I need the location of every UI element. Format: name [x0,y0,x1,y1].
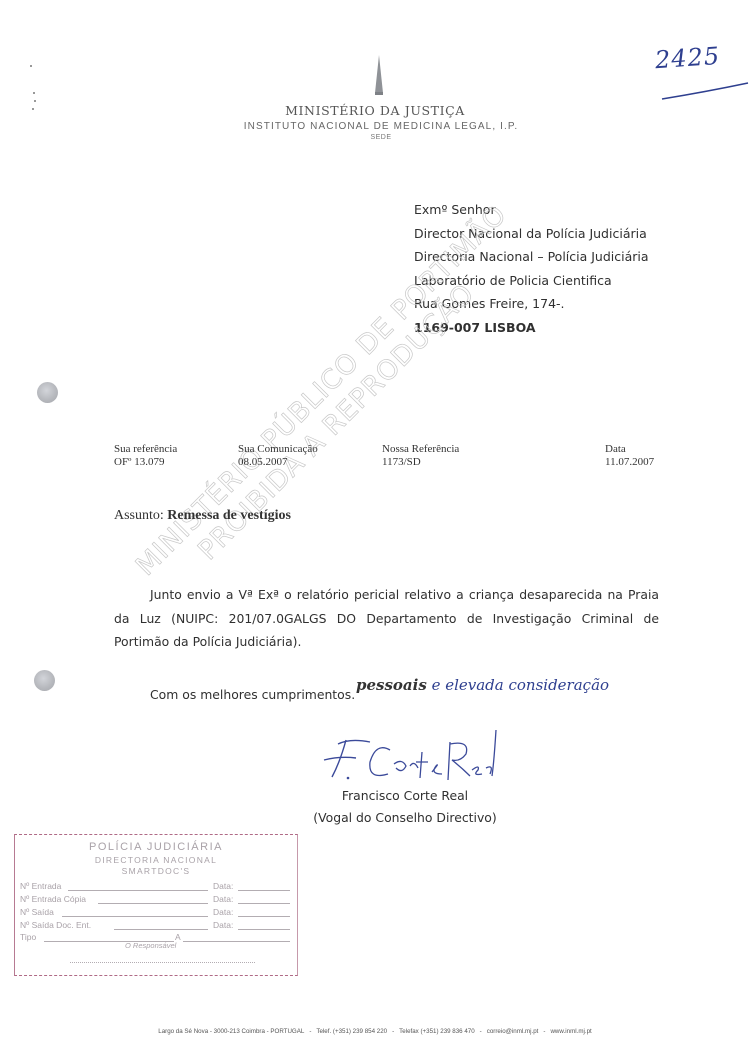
stamp-date-label: Data: [213,907,233,917]
stamp-type-line [183,941,290,942]
scan-speck [33,92,35,94]
stamp-date-line [238,929,290,930]
footer-contact: Largo da Sé Nova - 3000-213 Coimbra - PO… [0,1028,750,1035]
stamp-row-label: Nº Entrada [20,881,61,891]
stamp-field-line [114,929,208,930]
footer-fax: Telefax (+351) 239 836 470 [399,1028,475,1035]
reference-your-reference: Sua referência OFº 13.079 [114,443,177,469]
signer-name: Francisco Corte Real [290,788,520,803]
stamp-date-label: Data: [213,920,233,930]
closing-handwritten: pessoais e elevada consideração [356,676,609,694]
scan-speck [34,100,36,102]
reference-label: Nossa Referência [382,443,459,456]
stamp-title: POLÍCIA JUDICIÁRIA [15,841,297,853]
stamp-field-line [98,903,208,904]
stamp-type-label: Tipo [20,932,36,942]
stamp-row-label: Nº Entrada Cópia [20,894,86,904]
subject-value: Remessa de vestígios [167,508,291,523]
punch-hole [34,670,55,691]
stamp-date-line [238,903,290,904]
stamp-subtitle: DIRECTORIA NACIONAL [15,855,297,865]
handwritten-signature [310,722,510,792]
punch-hole [37,382,58,403]
ministry-spire-icon [374,55,384,95]
reference-date: Data 11.07.2007 [605,443,654,469]
reference-label: Sua Comunicação [238,443,318,456]
reference-label: Sua referência [114,443,177,456]
handwritten-underline [660,80,750,102]
stamp-row: Nº Entrada Cópia Data: [20,894,290,906]
footer-address: Largo da Sé Nova - 3000-213 Coimbra - PO… [158,1028,304,1035]
signer-title: (Vogal do Conselho Directivo) [290,810,520,825]
stamp-row: Nº Entrada Data: [20,881,290,893]
reception-stamp: POLÍCIA JUDICIÁRIA DIRECTORIA NACIONAL S… [14,834,298,976]
footer-phone: Telef. (+351) 239 854 220 [316,1028,387,1035]
stamp-date-label: Data: [213,881,233,891]
footer-website[interactable]: www.inml.mj.pt [550,1028,591,1035]
stamp-date-label: Data: [213,894,233,904]
subject-label: Assunto: [114,508,164,523]
institute-name: INSTITUTO NACIONAL DE MEDICINA LEGAL, I.… [0,121,750,132]
reference-your-communication: Sua Comunicação 08.05.2007 [238,443,318,469]
stamp-responsible: O Responsável [125,941,176,950]
stamp-field-line [62,916,208,917]
reference-label: Data [605,443,654,456]
stamp-row-label: Nº Saída [20,907,54,917]
reference-our-reference: Nossa Referência 1173/SD [382,443,459,469]
stamp-field-line [68,890,208,891]
department-label: SEDE [0,134,750,141]
closing-handwritten-rest: e elevada consideração [427,676,609,694]
subject-line: Assunto: Remessa de vestígios [114,508,291,524]
closing-printed: Com os melhores cumprimentos. [150,687,355,702]
footer-email[interactable]: correio@inml.mj.pt [487,1028,539,1035]
stamp-row-label: Nº Saída Doc. Ent. [20,920,91,930]
reference-value: 1173/SD [382,456,459,469]
reference-value: 11.07.2007 [605,456,654,469]
letter-body: Junto envio a Vª Exª o relatório pericia… [114,583,659,654]
ministry-name: MINISTÉRIO DA JUSTIÇA [0,103,750,118]
stamp-system: SMARTDOC'S [15,866,297,876]
stamp-signature-line [70,962,255,963]
watermark: MINISTÉRIO PÚBLICO DE PORTIMÃO PROIBIDA … [130,164,571,605]
stamp-date-line [238,890,290,891]
stamp-row: Nº Saída Doc. Ent. Data: [20,920,290,932]
stamp-row: Nº Saída Data: [20,907,290,919]
reference-value: OFº 13.079 [114,456,177,469]
handwritten-reference-number: 2425 [654,42,721,74]
stamp-date-line [238,916,290,917]
closing-handwritten-prefix: pessoais [356,676,427,694]
scan-speck [30,65,32,67]
reference-value: 08.05.2007 [238,456,318,469]
